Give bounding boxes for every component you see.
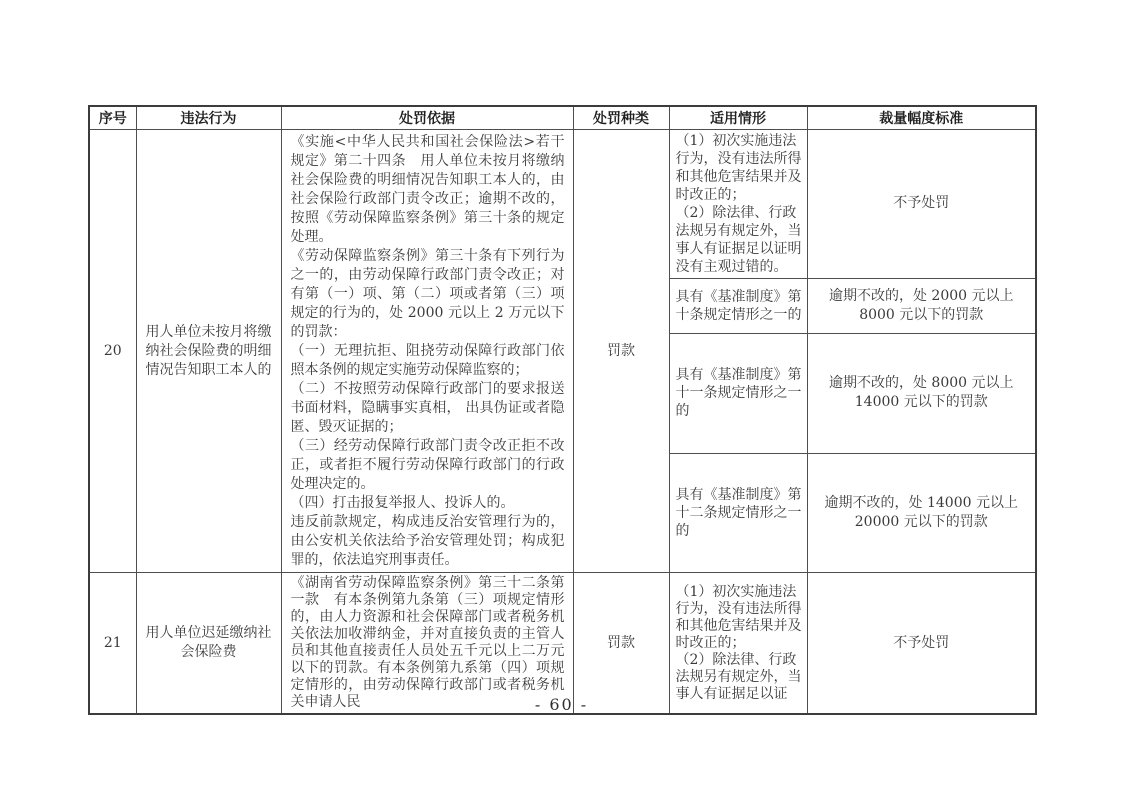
header-penalty-type: 处罚种类 <box>573 106 669 130</box>
document-page: 序号 违法行为 处罚依据 处罚种类 适用情形 裁量幅度标准 20 用人单位未按月… <box>0 0 1122 793</box>
row21-basis-cell: 《湖南省劳动保障监察条例》第三十二条第一款 有本条例第九条第（三）项规定情形的，… <box>281 573 573 715</box>
table-row: 20 用人单位未按月将缴纳社会保险费的明细情况告知职工本人的 《实施<中华人民共… <box>89 130 1036 279</box>
table-row: 21 用人单位迟延缴纳社会保险费 《湖南省劳动保障监察条例》第三十二条第一款 有… <box>89 573 1036 715</box>
table-header-row: 序号 违法行为 处罚依据 处罚种类 适用情形 裁量幅度标准 <box>89 106 1036 130</box>
row21-standard-1-cell: 不予处罚 <box>807 573 1036 715</box>
row21-behavior-cell: 用人单位迟延缴纳社会保险费 <box>136 573 281 715</box>
row20-standard-1-cell: 不予处罚 <box>807 130 1036 279</box>
header-applicable-situation: 适用情形 <box>669 106 807 130</box>
row20-standard-4-cell: 逾期不改的，处 14000 元以上 20000 元以下的罚款 <box>807 453 1036 572</box>
header-seq: 序号 <box>89 106 136 130</box>
row20-standard-2-cell: 逾期不改的，处 2000 元以上 8000 元以下的罚款 <box>807 278 1036 334</box>
row20-situation-1-cell: （1）初次实施违法行为，没有违法所得和其他危害结果并及时改正的； （2）除法律、… <box>669 130 807 279</box>
header-discretion-standard: 裁量幅度标准 <box>807 106 1036 130</box>
penalty-table: 序号 违法行为 处罚依据 处罚种类 适用情形 裁量幅度标准 20 用人单位未按月… <box>88 105 1037 715</box>
header-illegal-behavior: 违法行为 <box>136 106 281 130</box>
row20-situation-2-cell: 具有《基准制度》第十条规定情形之一的 <box>669 278 807 334</box>
header-penalty-basis: 处罚依据 <box>281 106 573 130</box>
row21-seq-cell: 21 <box>89 573 136 715</box>
page-number: - 60 - <box>88 695 1035 714</box>
row20-penalty-type-cell: 罚款 <box>573 130 669 573</box>
row20-situation-3-cell: 具有《基准制度》第十一条规定情形之一的 <box>669 334 807 453</box>
row21-situation-1-cell: （1）初次实施违法行为，没有违法所得和其他危害结果并及时改正的； （2）除法律、… <box>669 573 807 715</box>
row20-situation-4-cell: 具有《基准制度》第十二条规定情形之一的 <box>669 453 807 572</box>
row20-seq-cell: 20 <box>89 130 136 573</box>
row20-standard-3-cell: 逾期不改的，处 8000 元以上 14000 元以下的罚款 <box>807 334 1036 453</box>
row21-penalty-type-cell: 罚款 <box>573 573 669 715</box>
row20-behavior-cell: 用人单位未按月将缴纳社会保险费的明细情况告知职工本人的 <box>136 130 281 573</box>
row20-basis-cell: 《实施<中华人民共和国社会保险法>若干规定》第二十四条 用人单位未按月将缴纳社会… <box>281 130 573 573</box>
